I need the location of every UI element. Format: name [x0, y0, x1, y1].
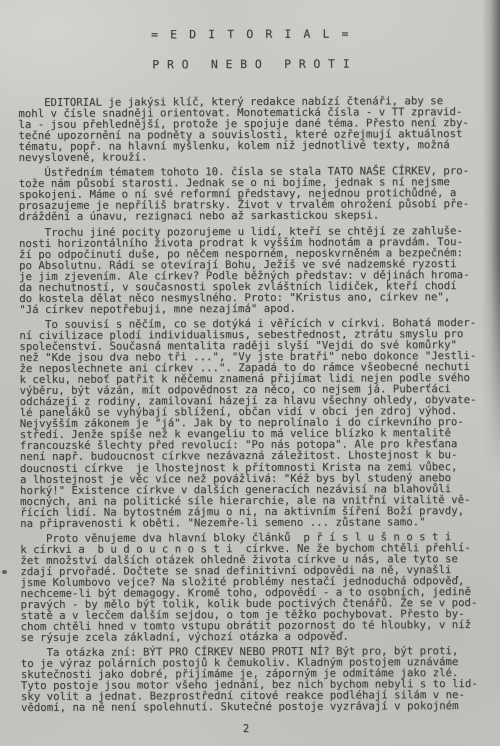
document-body: EDITORIAL je jakýsi klíč, který redakce … [18, 95, 487, 714]
paragraph: Ústředním tématem tohoto 10. čísla se st… [19, 165, 485, 222]
paragraph: Ta otázka zní: BÝT PRO CÍRKEV NEBO PROTI… [21, 645, 487, 713]
page-title: = E D I T O R I A L = [18, 27, 484, 41]
document-content: = E D I T O R I A L = P R O N E B O P R … [18, 27, 487, 718]
page-number: 2 [0, 722, 492, 735]
paragraph: EDITORIAL je jakýsi klíč, který redakce … [18, 95, 484, 163]
page-subtitle: P R O N E B O P R O T I [18, 57, 484, 71]
paragraph: To souvisí s něčím, co se dotýká i věříc… [19, 317, 486, 529]
scan-speck [2, 570, 7, 574]
scanned-document-page: = E D I T O R I A L = P R O N E B O P R … [0, 0, 500, 746]
paragraph: Trochu jiné pocity pozorujeme u lidí, kt… [19, 224, 485, 314]
paragraph: Proto věnujeme dva hlavní bloky článků p… [20, 531, 486, 644]
